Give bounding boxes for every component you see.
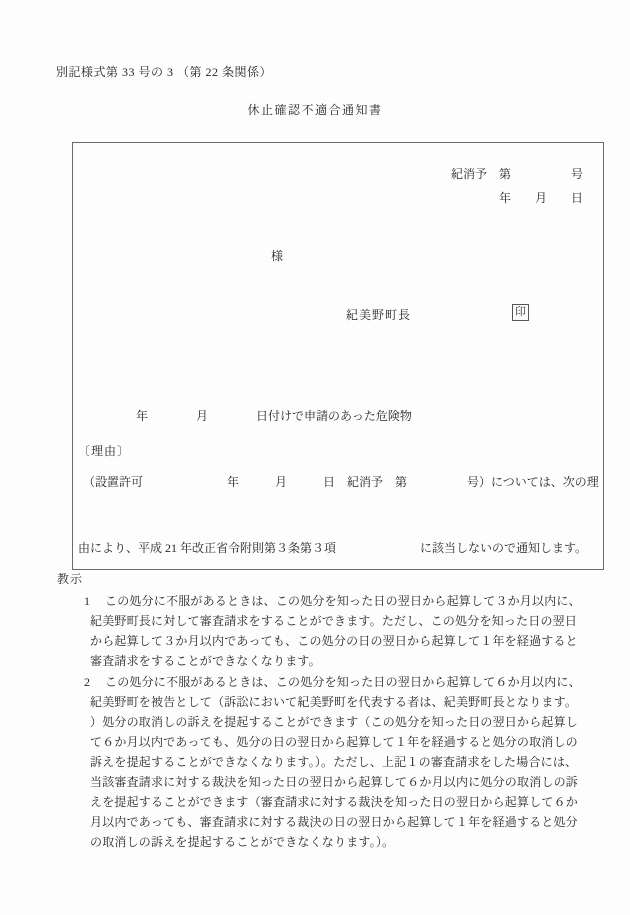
instruction-item-1: 1 この処分に不服があるときは、この処分を知った日の翌日から起算して３か月以内に… — [90, 591, 592, 671]
notification-body: 年 月 日付けで申請のあった危険物 （設置許可 年 月 日 紀消予 第 号）につ… — [78, 361, 599, 603]
document-page: 別記様式第 33 号の 3 （第 22 条関係） 休止確認不適合通知書 紀消予 … — [0, 0, 630, 915]
document-number-line: 紀消予 第 号 — [451, 166, 583, 182]
instruction-item-2: 2 この処分に不服があるときは、この処分を知った日の翌日から起算して６か月以内に… — [90, 672, 592, 852]
body-line-notification-statement: 由により、平成 21 年改正省令附則第３条第３項 に該当しないので通知します。 — [78, 537, 599, 559]
issue-date-line: 年 月 日 — [499, 190, 583, 206]
document-title: 休止確認不適合通知書 — [0, 102, 630, 118]
body-line-permit-reference: （設置許可 年 月 日 紀消予 第 号）については、次の理 — [78, 471, 599, 493]
body-line-application-date: 年 月 日付けで申請のあった危険物 — [78, 405, 599, 427]
instruction-item-1-text: この処分に不服があるときは、この処分を知った日の翌日から起算して３か月以内に、 … — [90, 591, 592, 671]
instructions-heading: 教示 — [57, 571, 592, 587]
appeal-instructions-section: 教示 1 この処分に不服があるときは、この処分を知った日の翌日から起算して３か月… — [57, 571, 592, 852]
addressee-honorific: 様 — [271, 248, 283, 264]
instruction-item-1-number: 1 — [84, 591, 90, 611]
issuer-title: 紀美野町長 — [346, 307, 411, 323]
official-seal-mark: 印 — [512, 304, 529, 321]
instruction-item-2-number: 2 — [84, 672, 90, 692]
form-reference: 別記様式第 33 号の 3 （第 22 条関係） — [56, 64, 272, 80]
notification-form-box: 紀消予 第 号 年 月 日 様 紀美野町長 印 年 月 日付けで申請のあった危険… — [72, 142, 604, 570]
reason-section-label: 〔理由〕 — [78, 443, 130, 459]
instruction-item-2-text: この処分に不服があるときは、この処分を知った日の翌日から起算して６か月以内に、 … — [90, 672, 592, 852]
